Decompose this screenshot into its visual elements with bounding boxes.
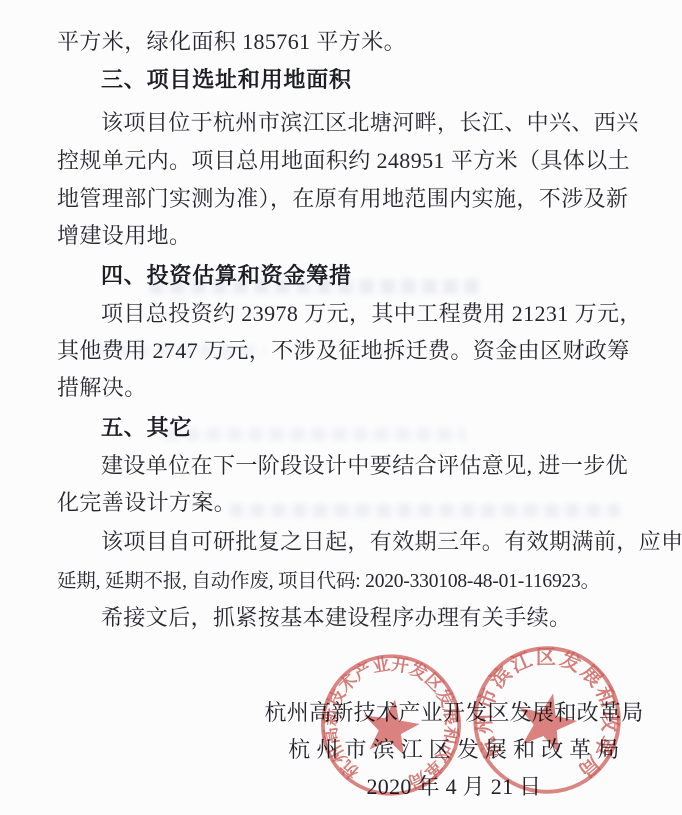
document-line: 该项目位于杭州市滨江区北塘河畔，长江、中兴、西兴 [101, 109, 639, 136]
document-line: 希接文后，抓紧按基本建设程序办理有关手续。 [101, 604, 571, 631]
document-line: 建设单位在下一阶段设计中要结合评估意见, 进一步优 [101, 452, 628, 479]
document-line: 项目总投资约 23978 万元，其中工程费用 21231 万元， [101, 300, 642, 327]
official-seal-left: 杭州高新技术产业开发区发展和改革局 [305, 633, 477, 815]
seal-star-icon [512, 687, 582, 755]
document-line: 化完善设计方案。 [57, 489, 236, 516]
document-line: 增建设用地。 [57, 222, 191, 249]
ink-bleed-smudge [165, 428, 465, 441]
section-heading-4: 四、投资估算和资金筹措 [101, 262, 352, 289]
document-line: 地管理部门实测为准），在原有用地范围内实施，不涉及新 [57, 185, 628, 212]
document-line-project-code: 延期, 延期不报, 自动作废, 项目代码: 2020-330108-48-01-… [57, 568, 600, 595]
document-line: 其他费用 2747 万元，不涉及征地拆迁费。资金由区财政筹 [57, 337, 630, 364]
document-line: 该项目自可研批复之日起，有效期三年。有效期满前，应申请 [101, 528, 682, 555]
seal-star-icon [359, 695, 423, 757]
document-page: 平方米，绿化面积 185761 平方米。 三、项目选址和用地面积 该项目位于杭州… [0, 0, 682, 815]
document-line: 平方米，绿化面积 185761 平方米。 [57, 28, 406, 55]
section-heading-5: 五、其它 [101, 414, 192, 441]
ink-bleed-smudge [230, 504, 620, 517]
section-heading-3: 三、项目选址和用地面积 [101, 66, 352, 93]
document-line: 控规单元内。项目总用地面积约 248951 平方米（具体以土 [57, 147, 630, 174]
document-line: 措解决。 [57, 374, 147, 401]
